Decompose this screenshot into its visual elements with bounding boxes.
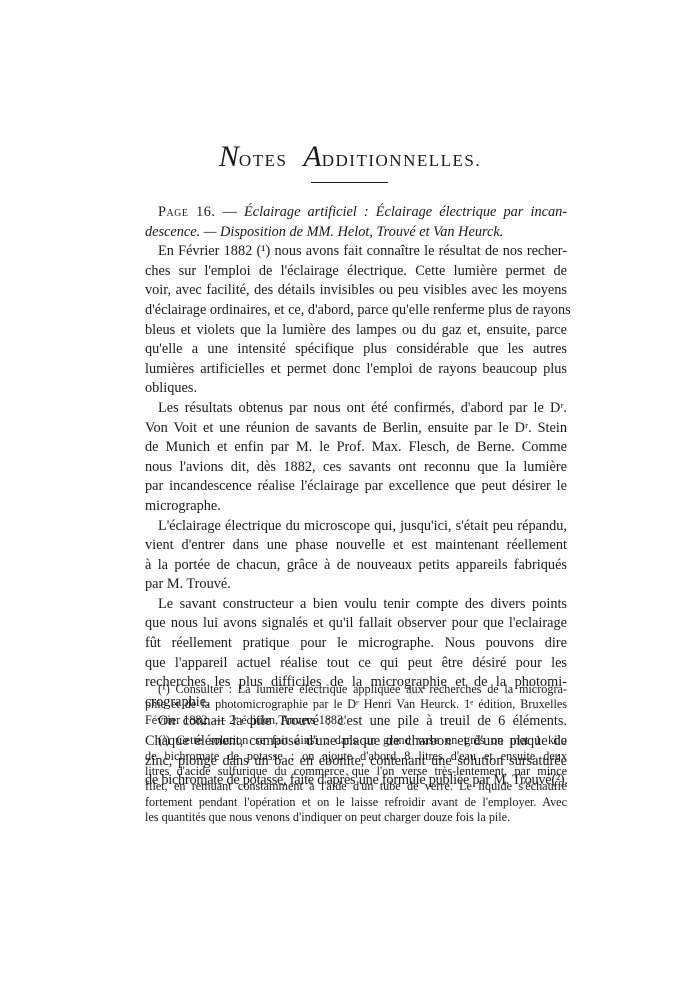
footnote-line: phie et de la photomicrographie par le D… xyxy=(145,697,567,712)
text-line: que nous lui avons signalés et qu'il fal… xyxy=(145,614,567,634)
text-line: par M. Trouvé. xyxy=(145,575,567,595)
page-reference: Page 16. xyxy=(158,204,216,220)
footnote-line: de bichromate de potasse ; on ajoute d'a… xyxy=(145,749,567,764)
title-word-additionnelles: DDITIONNELLES. xyxy=(322,151,481,170)
text-line: nous l'avions dit, dès 1882, ces savants… xyxy=(145,458,567,478)
text-line: Le savant constructeur a bien voulu teni… xyxy=(145,595,567,615)
heading-topic-continued: descence. — Disposition de MM. Helot, Tr… xyxy=(145,224,503,240)
footnote-line: (²) Cette solution se fait ainsi : dans … xyxy=(145,733,567,748)
text-line: vient d'entrer dans une phase nouvelle e… xyxy=(145,536,567,556)
footnote-line: Février 1882. — 2ᵉ édition, Anvers 1883. xyxy=(145,713,567,728)
title-divider xyxy=(311,182,388,183)
text-line: de Munich et enfin par M. le Prof. Max. … xyxy=(145,438,567,458)
title-initial-a: A xyxy=(303,140,321,173)
footnote-line: filet, en remuant constamment à l'aide d… xyxy=(145,779,567,794)
section-heading-line-1: Page 16. — Éclairage artificiel : Éclair… xyxy=(145,203,567,223)
text-line: micrographe. xyxy=(145,497,567,517)
text-line: qu'elle a une intensité spécifique plus … xyxy=(145,340,567,360)
paragraph-2: Les résultats obtenus par nous ont été c… xyxy=(145,399,567,517)
heading-topic: Éclairage artificiel : Éclairage électri… xyxy=(244,204,567,220)
text-line: lumières artificielles et permet donc l'… xyxy=(145,360,567,380)
paragraph-3: L'éclairage électrique du microscope qui… xyxy=(145,517,567,595)
text-line: bleus et violets que la lumière des lamp… xyxy=(145,321,567,341)
paragraph-1: En Février 1882 (¹) nous avons fait conn… xyxy=(145,242,567,399)
text-line: d'éclairage ordinaires, et ce, d'abord, … xyxy=(145,301,567,321)
text-line: que l'appareil actuel réalise tout ce qu… xyxy=(145,654,567,674)
footnote-2: (²) Cette solution se fait ainsi : dans … xyxy=(145,733,567,825)
heading-dash: — xyxy=(216,204,245,220)
footnote-1: (¹) Consulter : La lumière électrique ap… xyxy=(145,682,567,728)
footnote-line: litres d'acide sulfurique du commerce qu… xyxy=(145,764,567,779)
text-line: par incandescence réalise l'éclairage pa… xyxy=(145,477,567,497)
text-line: Les résultats obtenus par nous ont été c… xyxy=(145,399,567,419)
text-line: Von Voit et une réunion de savants de Be… xyxy=(145,419,567,439)
text-line: obliques. xyxy=(145,379,567,399)
document-page: NOTESADDITIONNELLES. Page 16. — Éclairag… xyxy=(0,0,700,997)
footnotes: (¹) Consulter : La lumière électrique ap… xyxy=(145,682,567,831)
text-line: à la portée de chacun, grâce à de nouvea… xyxy=(145,556,567,576)
footnote-line: les quantités que nous venons d'indiquer… xyxy=(145,810,567,825)
text-line: En Février 1882 (¹) nous avons fait conn… xyxy=(145,242,567,262)
page-title: NOTESADDITIONNELLES. xyxy=(0,140,700,174)
text-line: ches sur l'emploi de l'éclairage électri… xyxy=(145,262,567,282)
title-word-notes: OTES xyxy=(239,151,288,170)
text-line: L'éclairage électrique du microscope qui… xyxy=(145,517,567,537)
text-line: voir, avec facilité, des détails invisib… xyxy=(145,281,567,301)
footnote-line: (¹) Consulter : La lumière électrique ap… xyxy=(145,682,567,697)
footnote-line: fortement pendant l'opération et on le l… xyxy=(145,795,567,810)
title-initial-n: N xyxy=(219,140,239,173)
text-line: fût réellement pratique pour le microgra… xyxy=(145,634,567,654)
section-heading-line-2: descence. — Disposition de MM. Helot, Tr… xyxy=(145,223,567,243)
